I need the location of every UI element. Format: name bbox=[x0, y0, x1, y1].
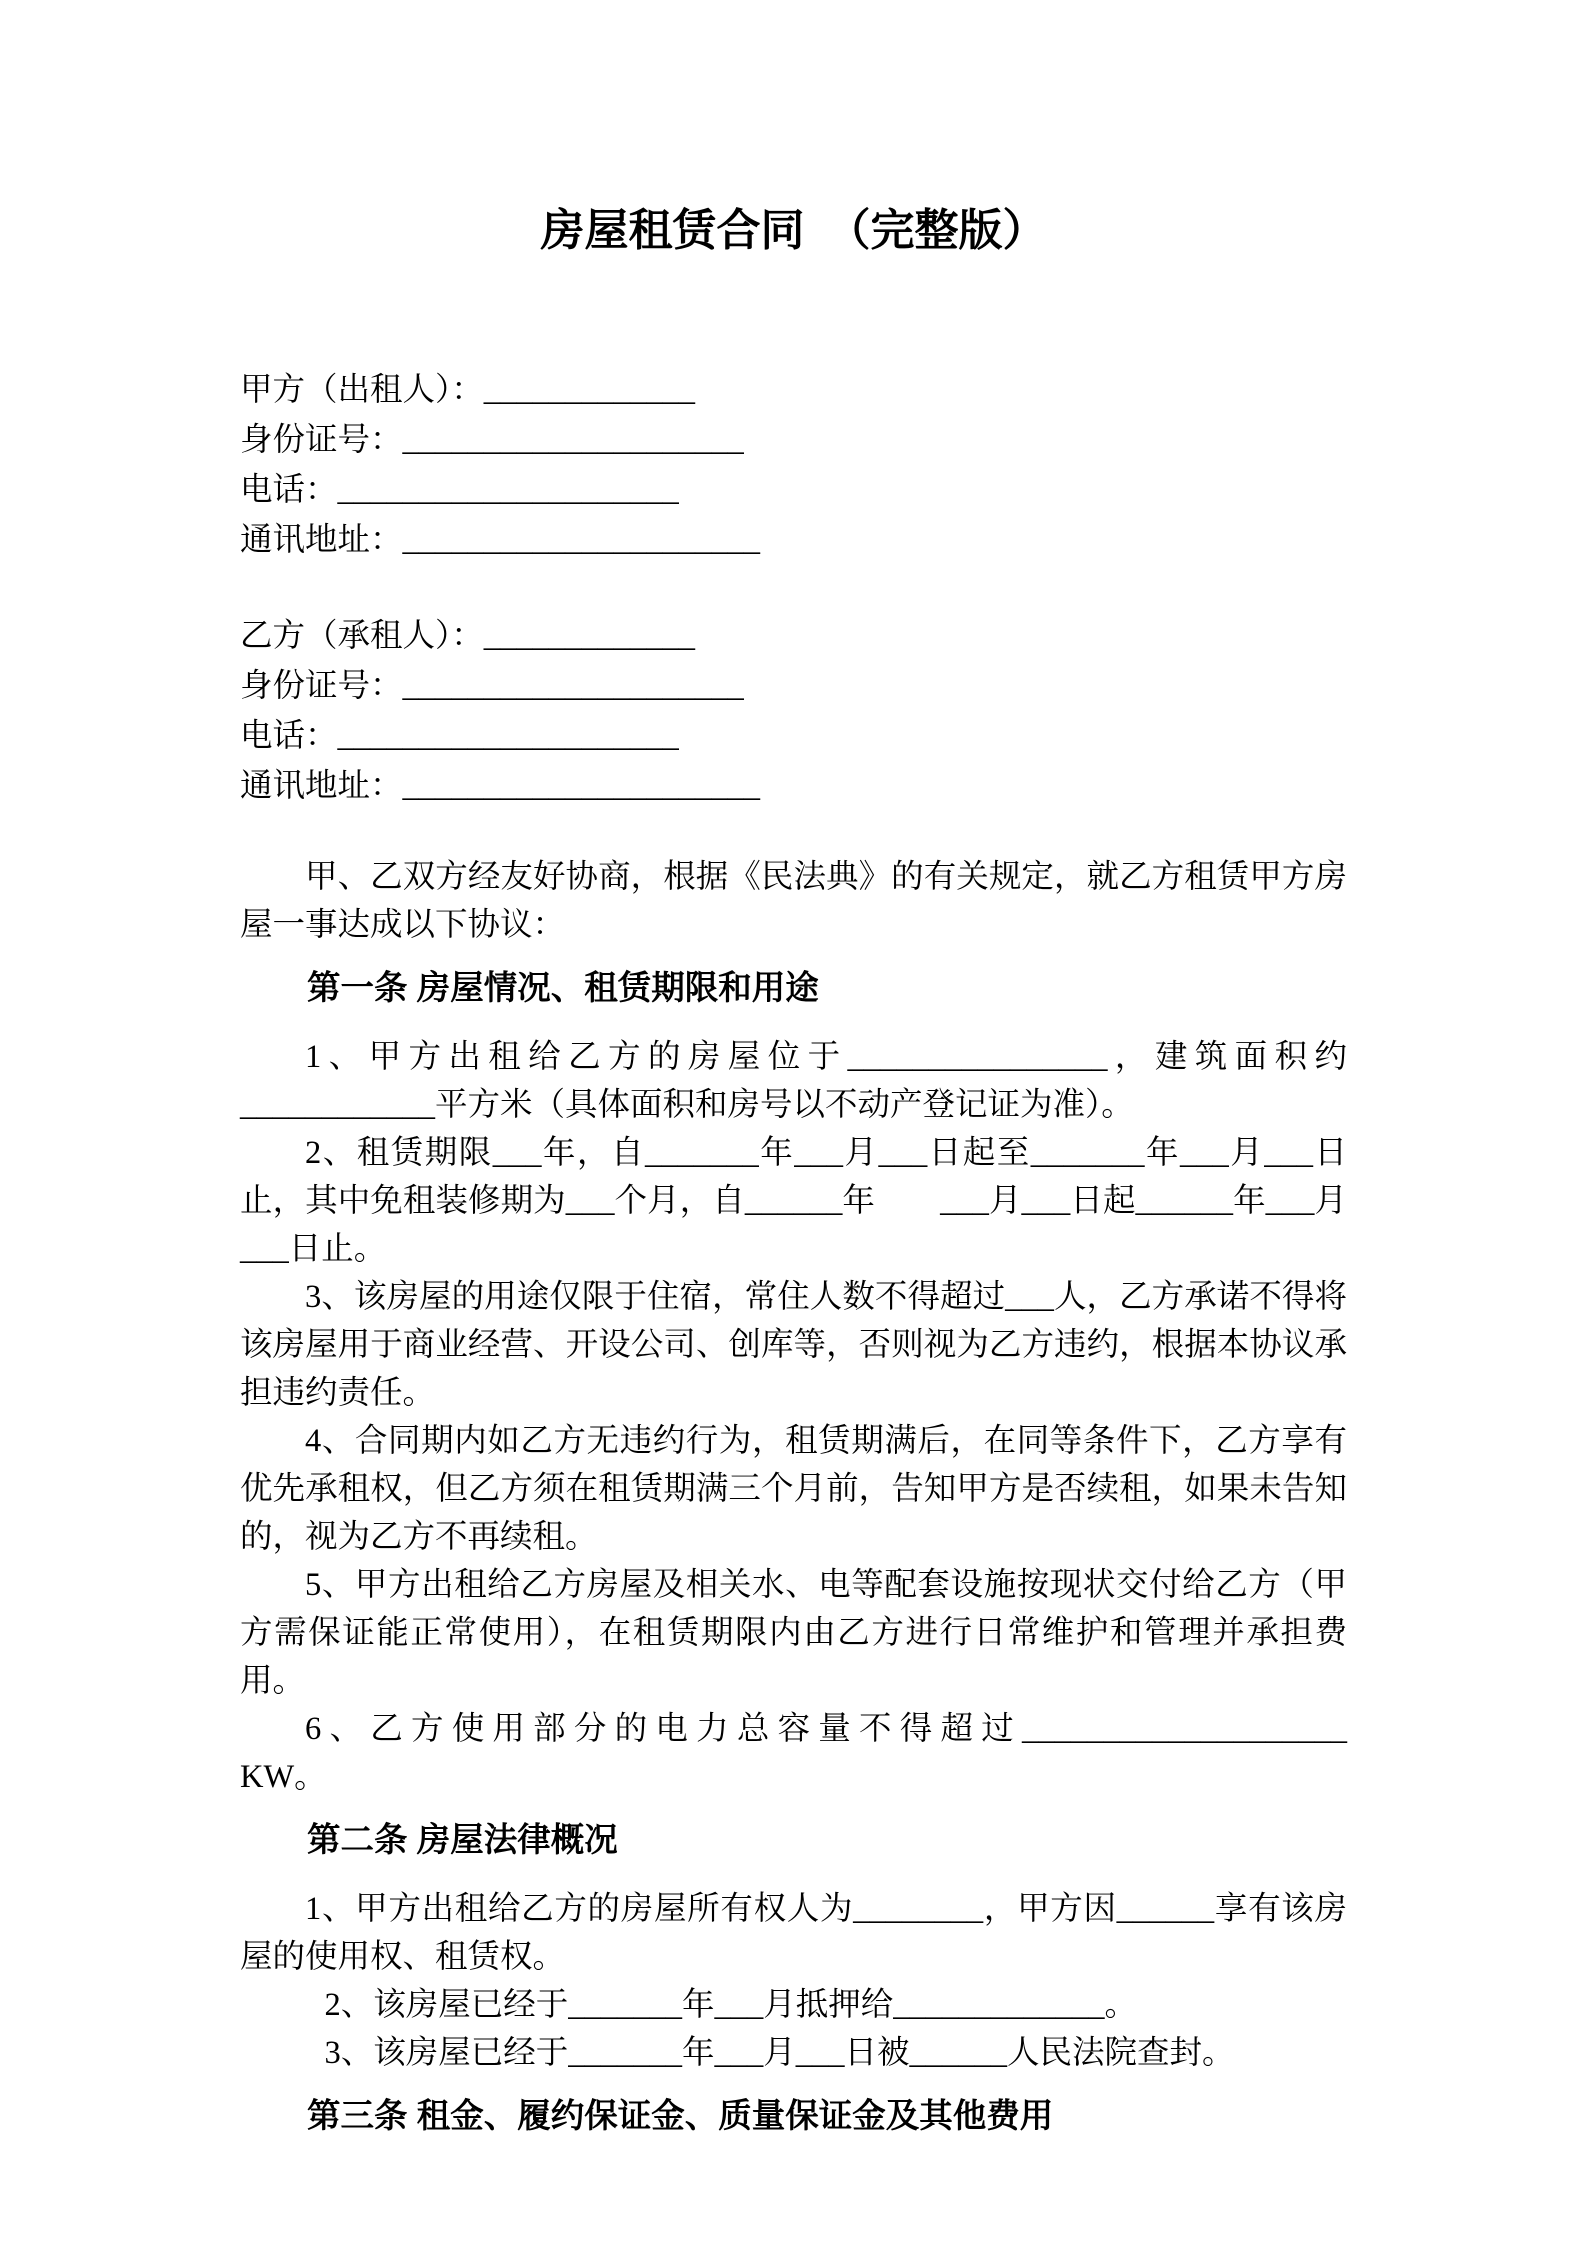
party-a-address-line: 通讯地址：______________________ bbox=[240, 515, 1347, 565]
party-a-phone-line: 电话：_____________________ bbox=[240, 465, 1347, 515]
article-1-heading: 第一条 房屋情况、租赁期限和用途 bbox=[240, 965, 1347, 1013]
article-1-item-4: 4、合同期内如乙方无违约行为，租赁期满后，在同等条件下，乙方享有优先承租权，但乙… bbox=[240, 1417, 1347, 1561]
party-b-block: 乙方（承租人）：_____________ 身份证号：_____________… bbox=[240, 611, 1347, 811]
article-2-item-2: 2、该房屋已经于_______年___月抵押给_____________。 bbox=[240, 1981, 1347, 2029]
article-3-heading: 第三条 租金、履约保证金、质量保证金及其他费用 bbox=[240, 2093, 1347, 2141]
article-2-heading: 第二条 房屋法律概况 bbox=[240, 1817, 1347, 1865]
party-b-address-line: 通讯地址：______________________ bbox=[240, 761, 1347, 811]
article-2-item-1: 1、甲方出租给乙方的房屋所有权人为________，甲方因______享有该房屋… bbox=[240, 1885, 1347, 1981]
party-b-name-line: 乙方（承租人）：_____________ bbox=[240, 611, 1347, 661]
article-1-item-6: 6、乙方使用部分的电力总容量不得超过____________________ K… bbox=[240, 1705, 1347, 1801]
article-1-item-2: 2、租赁期限___年，自_______年___月___日起至_______年__… bbox=[240, 1129, 1347, 1273]
article-1-item-5: 5、甲方出租给乙方房屋及相关水、电等配套设施按现状交付给乙方（甲方需保证能正常使… bbox=[240, 1561, 1347, 1705]
party-b-id-line: 身份证号：_____________________ bbox=[240, 661, 1347, 711]
contract-page: 房屋租赁合同 （完整版） 甲方（出租人）：_____________ 身份证号：… bbox=[0, 0, 1587, 2245]
party-a-block: 甲方（出租人）：_____________ 身份证号：_____________… bbox=[240, 365, 1347, 565]
party-b-phone-line: 电话：_____________________ bbox=[240, 711, 1347, 761]
article-2-item-3: 3、该房屋已经于_______年___月___日被______人民法院查封。 bbox=[240, 2029, 1347, 2077]
preamble-paragraph: 甲、乙双方经友好协商，根据《民法典》的有关规定，就乙方租赁甲方房屋一事达成以下协… bbox=[240, 853, 1347, 949]
party-a-name-line: 甲方（出租人）：_____________ bbox=[240, 365, 1347, 415]
article-1-item-1: 1、甲方出租给乙方的房屋位于________________，建筑面积约____… bbox=[240, 1033, 1347, 1129]
article-1-item-3: 3、该房屋的用途仅限于住宿，常住人数不得超过___人，乙方承诺不得将该房屋用于商… bbox=[240, 1273, 1347, 1417]
party-a-id-line: 身份证号：_____________________ bbox=[240, 415, 1347, 465]
document-title: 房屋租赁合同 （完整版） bbox=[240, 205, 1347, 257]
